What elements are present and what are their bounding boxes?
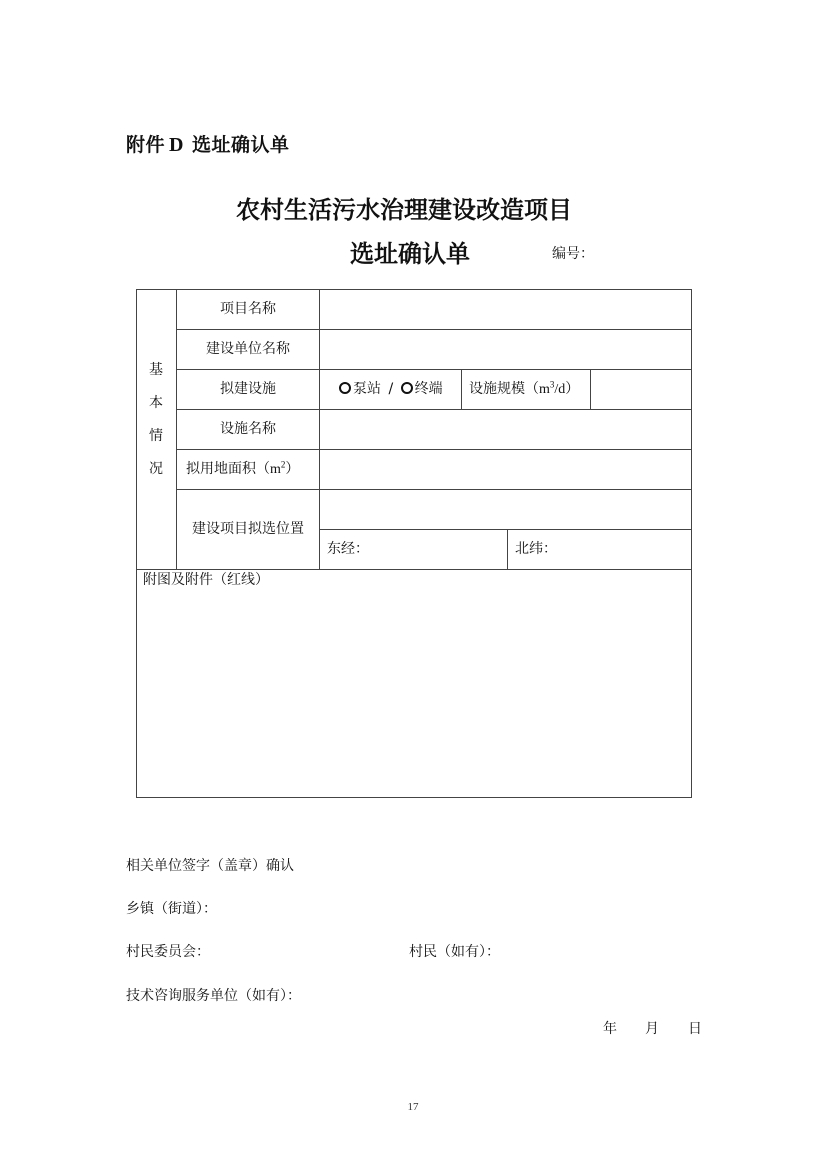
option-separator: / [388,381,393,397]
label-land-area: 拟用地面积（m2） [186,461,299,478]
table-border-bottom [136,797,692,798]
annex-prefix: 附件 [126,134,165,156]
scale-label-text: 设施规模（ [469,381,539,397]
serial-number-label: 编号： [552,243,594,263]
annex-heading: 附件D选址确认单 [126,130,289,157]
land-area-unit-tail: ） [285,461,299,477]
land-area-label-text: 拟用地面积（ [186,461,270,477]
location-field[interactable] [320,490,691,529]
section-label-char: 况 [136,453,176,486]
radio-icon [339,382,351,394]
label-longitude: 东经： [327,541,369,557]
annex-letter: D [169,134,184,156]
label-proposed-facility: 拟建设施 [177,381,319,397]
option-terminal-label: 终端 [415,381,443,397]
facility-type-options: 泵站 / 终端 [339,381,443,397]
option-pump-station[interactable]: 泵站 [339,381,381,397]
land-area-unit: m [270,462,281,477]
section-label-basic-info: 基 本 情 况 [136,354,176,486]
option-pump-label: 泵站 [353,381,381,397]
land-area-field[interactable] [320,450,691,489]
label-project-name: 项目名称 [177,301,319,317]
scale-unit: m [539,382,550,397]
annex-title: 选址确认单 [192,134,290,156]
col-divider-facility [461,369,462,409]
label-builder-name: 建设单位名称 [177,341,319,357]
signature-township: 乡镇（街道）： [126,898,217,918]
section-label-char: 基 [136,354,176,387]
longitude-field[interactable] [370,530,506,569]
signature-heading: 相关单位签字（盖章）确认 [126,855,294,875]
signature-villager: 村民（如有）： [409,941,500,961]
radio-icon [401,382,413,394]
scale-unit-tail: /d） [554,382,579,397]
date-month-label: 月 [645,1018,659,1038]
col-divider-coordinates [507,529,508,569]
signature-village-committee: 村民委员会： [126,941,210,961]
builder-name-field[interactable] [320,330,691,369]
option-terminal[interactable]: 终端 [401,381,443,397]
label-attachments: 附图及附件（红线） [143,572,269,588]
date-day-label: 日 [688,1018,702,1038]
section-label-char: 本 [136,387,176,420]
label-facility-scale: 设施规模（m3/d） [469,381,579,398]
label-proposed-location: 建设项目拟选位置 [177,521,319,537]
section-label-char: 情 [136,420,176,453]
label-facility-name: 设施名称 [177,421,319,437]
row-divider-attachments [136,569,692,570]
document-subtitle: 选址确认单 [350,234,470,269]
facility-name-field[interactable] [320,410,691,449]
attachments-area[interactable] [137,592,691,797]
signature-consultant: 技术咨询服务单位（如有）： [126,985,301,1005]
page-number: 17 [0,1101,826,1113]
document-title-line1: 农村生活污水治理建设改造项目 [236,190,572,225]
latitude-field[interactable] [558,530,690,569]
label-latitude: 北纬： [515,541,557,557]
date-year-label: 年 [603,1018,617,1038]
project-name-field[interactable] [320,290,691,329]
table-border-right [691,289,692,798]
facility-scale-field[interactable] [591,370,691,409]
